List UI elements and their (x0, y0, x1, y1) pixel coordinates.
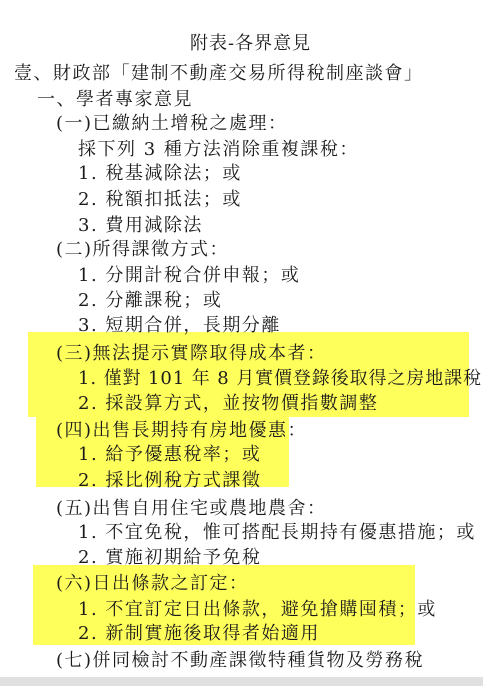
item-3-heading: (三)無法提示實際取得成本者： (56, 342, 327, 366)
item-2-point-2: 2. 分離課稅；或 (78, 289, 222, 313)
item-1-intro: 採下列 3 種方法消除重複課稅： (78, 138, 359, 162)
item-4-point-2: 2. 採比例稅方式課徵 (78, 469, 261, 493)
item-7-heading: (七)併同檢討不動產課徵特種貨物及勞務稅 (56, 649, 424, 673)
item-4-point-1: 1. 給予優惠稅率；或 (78, 443, 261, 467)
viewer-bottom-bar (0, 677, 483, 686)
item-1-heading: (一)已繳納土增稅之處理： (56, 112, 288, 136)
subsection-heading: 一、學者專家意見 (37, 88, 193, 112)
item-2-heading: (二)所得課徵方式： (56, 238, 229, 262)
section-heading: 壹、財政部「建制不動產交易所得稅制座談會」 (14, 62, 424, 86)
item-5-heading: (五)出售自用住宅或農地農舍： (56, 497, 327, 521)
item-5-point-2: 2. 實施初期給予免稅 (78, 546, 261, 570)
item-1-point-3: 3. 費用減除法 (78, 214, 203, 238)
item-3-point-1: 1. 僅對 101 年 8 月實價登錄後取得之房地課稅；或 (78, 367, 483, 391)
document-page: 附表-各界意見 壹、財政部「建制不動產交易所得稅制座談會」 一、學者專家意見 (… (0, 0, 483, 677)
item-2-point-3: 3. 短期合併，長期分離 (78, 314, 281, 338)
item-1-point-2: 2. 稅額扣抵法；或 (78, 188, 242, 212)
item-5-point-1: 1. 不宜免稅，惟可搭配長期持有優惠措施；或 (78, 521, 476, 545)
item-6-point-2: 2. 新制實施後取得者始適用 (78, 622, 320, 646)
item-6-point-1: 1. 不宜訂定日出條款，避免搶購囤積；或 (78, 598, 437, 622)
item-4-heading: (四)出售長期持有房地優惠： (56, 419, 307, 443)
item-3-point-2: 2. 採設算方式，並按物價指數調整 (78, 392, 378, 416)
document-title: 附表-各界意見 (190, 32, 311, 56)
item-1-point-1: 1. 稅基減除法；或 (78, 162, 242, 186)
item-6-heading: (六)日出條款之訂定： (56, 572, 249, 596)
item-2-point-1: 1. 分開計稅合併申報；或 (78, 264, 300, 288)
